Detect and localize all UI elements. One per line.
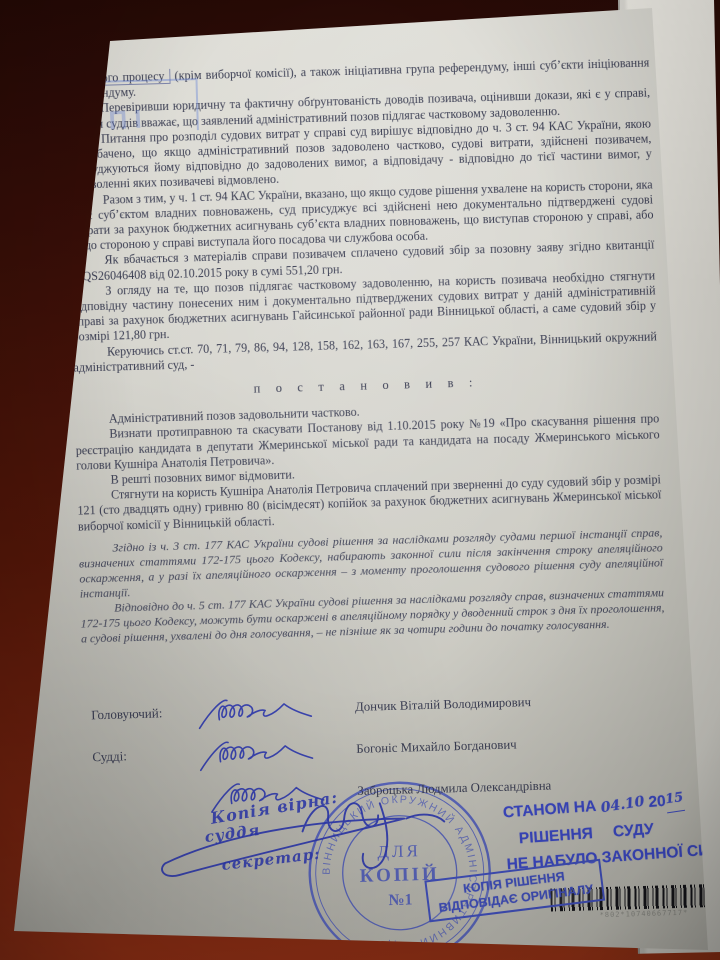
judges-label: Судді: (92, 748, 127, 765)
stamp-printed-year: 20 (648, 793, 666, 811)
court-decision-page: КОПІ виборчого процесу (крім виборчої ко… (0, 0, 720, 960)
appeal-information-block: Згідно із ч. 3 ст. 177 КАС України судов… (78, 525, 665, 646)
signature-scribble-icon (192, 733, 323, 775)
presiding-judge-label: Головуючий: (91, 705, 163, 723)
presiding-judge-name: Дончик Віталій Володимирович (355, 695, 531, 715)
photo-background-table: КОПІ виборчого процесу (крім виборчої ко… (0, 0, 720, 960)
handwritten-date: 04.10 (599, 790, 646, 822)
faint-stamp-text: КОПІ (58, 103, 150, 139)
faint-stamp-fragment: КОПІ (54, 78, 199, 134)
document-body-text: виборчого процесу (крім виборчої комісії… (65, 55, 665, 646)
resolution-heading: п о с т а н о в и в : (74, 370, 658, 402)
not-in-force-stamp: СТАНОМ НА 04.10 2015 РІШЕННЯ СУДУ НЕ НАБ… (502, 785, 717, 877)
page-content: КОПІ виборчого процесу (крім виборчої ко… (30, 19, 706, 960)
signature-block: Головуючий: Дончик Віталій Володимирович… (83, 681, 667, 697)
judge-name: Богоніс Михайло Богданович (356, 737, 517, 756)
stamp-printed-text: СТАНОМ НА (502, 798, 596, 822)
round-seal-center-line3: №1 (388, 891, 413, 909)
handwritten-year: 15 (664, 785, 686, 813)
signature-scribble-icon (191, 691, 322, 733)
